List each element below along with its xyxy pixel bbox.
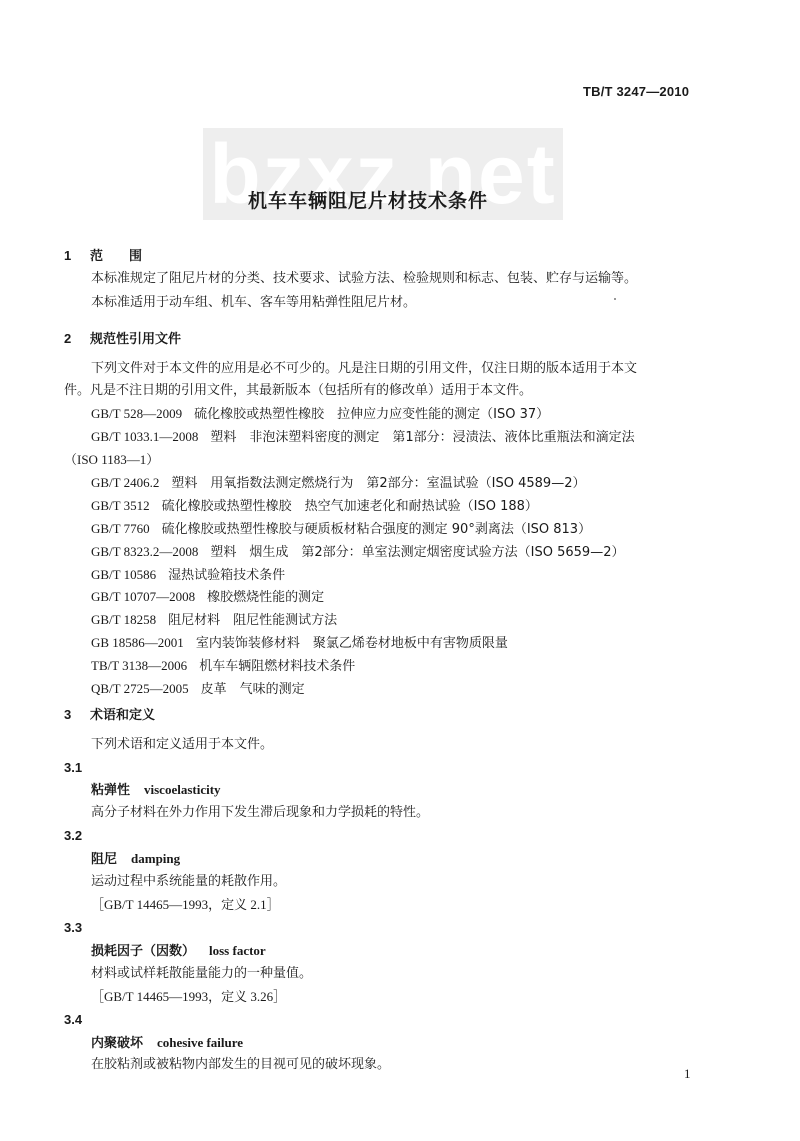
section-number: 3 (64, 707, 90, 723)
page-number: 1 (684, 1066, 691, 1082)
paragraph: 下列术语和定义适用于本文件。 (91, 737, 273, 753)
paragraph: 件。凡是不注日期的引用文件，其最新版本（包括所有的修改单）适用于本文件。 (64, 383, 532, 399)
section-title: 术语和定义 (90, 708, 155, 723)
reference-item: GB/T 10586湿热试验箱技术条件 (91, 567, 285, 584)
term-en: viscoelasticity (144, 782, 221, 797)
standard-code: TB/T 3247—2010 (583, 84, 689, 99)
reference-continuation: （ISO 1183—1） (64, 452, 159, 468)
reference-title: 硫化橡胶或热塑性橡胶与硬质板材粘合强度的测定 90°剥离法（ISO 813） (162, 522, 591, 537)
reference-item: GB/T 7760硫化橡胶或热塑性橡胶与硬质板材粘合强度的测定 90°剥离法（I… (91, 521, 591, 538)
term-definition: 运动过程中系统能量的耗散作用。 (91, 874, 286, 890)
reference-item: GB/T 3512硫化橡胶或热塑性橡胶 热空气加速老化和耐热试验（ISO 188… (91, 498, 538, 515)
reference-title: 硫化橡胶或热塑性橡胶 拉伸应力应变性能的测定（ISO 37） (194, 407, 549, 422)
term-zh: 损耗因子（因数） (91, 944, 195, 959)
paragraph: 下列文件对于本文件的应用是必不可少的。凡是注日期的引用文件，仅注日期的版本适用于… (91, 361, 637, 377)
reference-code: GB/T 3512 (91, 498, 150, 513)
reference-title: 橡胶燃烧性能的测定 (207, 590, 324, 605)
term-zh: 粘弹性 (91, 783, 130, 798)
reference-title: 湿热试验箱技术条件 (168, 568, 285, 583)
section-title: 规范性引用文件 (90, 332, 181, 347)
clause-number: 3.4 (64, 1012, 82, 1028)
reference-item: GB/T 8323.2—2008塑料 烟生成 第2部分：单室法测定烟密度试验方法… (91, 544, 624, 561)
reference-title: 塑料 烟生成 第2部分：单室法测定烟密度试验方法（ISO 5659—2） (210, 545, 624, 560)
term-zh: 内聚破坏 (91, 1036, 143, 1051)
term-entry: 粘弹性viscoelasticity (91, 782, 221, 799)
reference-title: 机车车辆阻燃材料技术条件 (199, 659, 355, 674)
reference-title: 室内装饰装修材料 聚氯乙烯卷材地板中有害物质限量 (196, 636, 508, 651)
reference-title: 硫化橡胶或热塑性橡胶 热空气加速老化和耐热试验（ISO 188） (162, 499, 538, 514)
term-definition: 材料或试样耗散能量能力的一种量值。 (91, 966, 312, 982)
term-entry: 阻尼damping (91, 851, 180, 868)
clause-number: 3.3 (64, 920, 82, 936)
term-entry: 内聚破坏cohesive failure (91, 1035, 243, 1052)
section-3-heading: 3术语和定义 (64, 707, 155, 724)
section-2-heading: 2规范性引用文件 (64, 331, 181, 348)
reference-code: GB/T 1033.1—2008 (91, 429, 198, 444)
section-1-heading: 1范 围 (64, 248, 142, 265)
section-number: 2 (64, 331, 90, 347)
reference-code: GB/T 18258 (91, 612, 156, 627)
reference-title: 皮革 气味的测定 (201, 682, 305, 697)
reference-title: 塑料 用氧指数法测定燃烧行为 第2部分：室温试验（ISO 4589—2） (171, 476, 585, 491)
reference-code: QB/T 2725—2005 (91, 681, 189, 696)
reference-item: GB/T 10707—2008橡胶燃烧性能的测定 (91, 589, 324, 606)
reference-item: TB/T 3138—2006机车车辆阻燃材料技术条件 (91, 658, 355, 675)
term-zh: 阻尼 (91, 852, 117, 867)
clause-number: 3.2 (64, 828, 82, 844)
term-en: loss factor (209, 943, 266, 958)
reference-item: GB/T 528—2009硫化橡胶或热塑性橡胶 拉伸应力应变性能的测定（ISO … (91, 406, 549, 423)
reference-title: 阻尼材料 阻尼性能测试方法 (168, 613, 337, 628)
reference-code: GB 18586—2001 (91, 635, 184, 650)
reference-code: GB/T 2406.2 (91, 475, 159, 490)
section-title: 范 围 (90, 249, 142, 264)
term-en: damping (131, 851, 180, 866)
reference-item: GB/T 1033.1—2008塑料 非泡沫塑料密度的测定 第1部分：浸渍法、液… (91, 429, 635, 446)
scan-speck (614, 298, 616, 300)
document-title: 机车车辆阻尼片材技术条件 (0, 186, 800, 213)
reference-code: TB/T 3138—2006 (91, 658, 187, 673)
reference-code: GB/T 7760 (91, 521, 150, 536)
reference-code: GB/T 528—2009 (91, 406, 182, 421)
term-definition: 高分子材料在外力作用下发生滞后现象和力学损耗的特性。 (91, 805, 429, 821)
term-source: ［GB/T 14465—1993，定义 3.26］ (91, 989, 286, 1005)
term-definition: 在胶粘剂或被粘物内部发生的目视可见的破坏现象。 (91, 1057, 390, 1073)
reference-item: GB/T 2406.2塑料 用氧指数法测定燃烧行为 第2部分：室温试验（ISO … (91, 475, 585, 492)
reference-item: GB 18586—2001室内装饰装修材料 聚氯乙烯卷材地板中有害物质限量 (91, 635, 508, 652)
clause-number: 3.1 (64, 760, 82, 776)
reference-code: GB/T 10707—2008 (91, 589, 195, 604)
paragraph: 本标准规定了阻尼片材的分类、技术要求、试验方法、检验规则和标志、包装、贮存与运输… (91, 271, 637, 287)
term-en: cohesive failure (157, 1035, 243, 1050)
reference-code: GB/T 8323.2—2008 (91, 544, 198, 559)
reference-code: GB/T 10586 (91, 567, 156, 582)
term-entry: 损耗因子（因数）loss factor (91, 943, 266, 960)
reference-item: QB/T 2725—2005皮革 气味的测定 (91, 681, 305, 698)
paragraph: 本标准适用于动车组、机车、客车等用粘弹性阻尼片材。 (91, 295, 416, 311)
reference-title: 塑料 非泡沫塑料密度的测定 第1部分：浸渍法、液体比重瓶法和滴定法 (210, 430, 634, 445)
reference-item: GB/T 18258阻尼材料 阻尼性能测试方法 (91, 612, 337, 629)
document-title-text: 机车车辆阻尼片材技术条件 (248, 190, 488, 212)
term-source: ［GB/T 14465—1993，定义 2.1］ (91, 897, 280, 913)
section-number: 1 (64, 248, 90, 264)
